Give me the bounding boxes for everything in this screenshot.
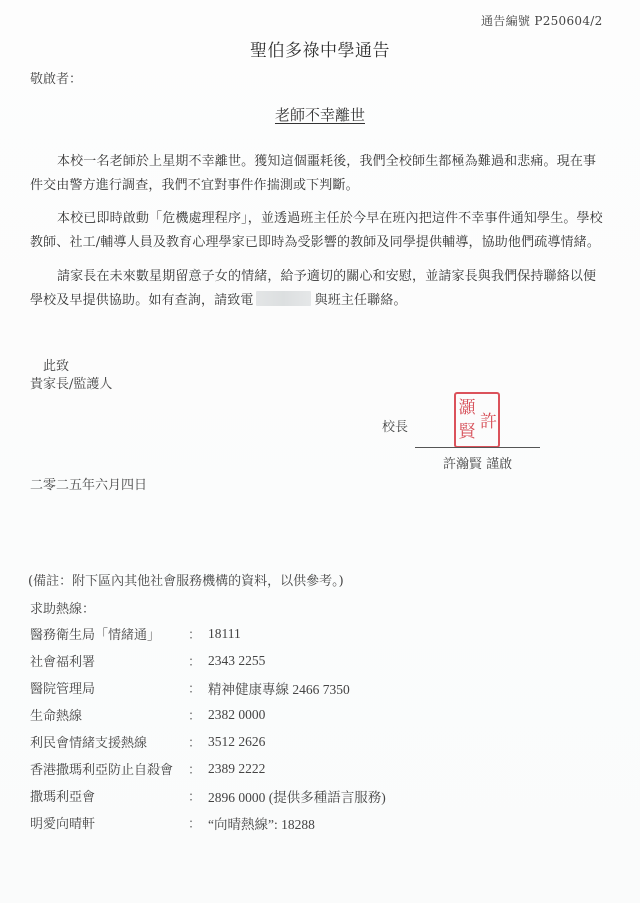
hotline-name: 醫務衛生局「情緒通」	[30, 624, 188, 643]
hotline-number: 2343 2255	[208, 653, 265, 669]
principal-seal-stamp: 灝 許 賢	[454, 392, 500, 448]
hotline-number: 2896 0000 (提供多種語言服務)	[208, 786, 386, 806]
hotline-name: 醫院管理局	[30, 678, 188, 697]
seal-char: 許	[476, 396, 496, 444]
paragraph-line: 件交由警方進行調查，我們不宜對事件作揣測或下判斷。	[30, 174, 610, 198]
hotline-row: 撒瑪利亞會 ： 2896 0000 (提供多種語言服務)	[30, 782, 590, 809]
signature-line	[415, 447, 540, 448]
hotline-colon: ：	[188, 705, 208, 724]
hotline-number: 2389 2222	[208, 761, 265, 777]
signer-name: 許瀚賢 謹啟	[443, 453, 512, 472]
hotline-number: “向晴熱線”: 18288	[208, 813, 315, 833]
hotline-name: 生命熱線	[30, 705, 188, 724]
notice-number: 通告編號 P250604/2	[481, 12, 603, 29]
hotline-colon: ：	[188, 759, 208, 778]
hotline-number: 18111	[208, 626, 241, 642]
paragraph-line: 請家長在未來數星期留意子女的情緒，給予適切的關心和安慰，並請家長與我們保持聯絡以…	[30, 265, 610, 289]
notice-date: 二零二五年六月四日	[30, 474, 147, 493]
hotline-colon: ：	[188, 651, 208, 670]
school-title: 聖伯多祿中學通告	[0, 36, 640, 61]
hotline-colon: ：	[188, 732, 208, 751]
seal-char: 賢	[458, 420, 476, 444]
notice-page: 通告編號 P250604/2 聖伯多祿中學通告 敬啟者： 老師不幸離世 本校一名…	[0, 0, 640, 903]
paragraph-1: 本校一名老師於上星期不幸離世。獲知這個噩耗後，我們全校師生都極為難過和悲痛。現在…	[30, 150, 610, 198]
notice-subject: 老師不幸離世	[0, 104, 640, 125]
salutation: 敬啟者：	[30, 68, 82, 87]
closing-line-1: 此致	[43, 355, 69, 374]
paragraph-line: 本校一名老師於上星期不幸離世。獲知這個噩耗後，我們全校師生都極為難過和悲痛。現在…	[30, 150, 610, 174]
hotline-row: 社會福利署 ： 2343 2255	[30, 647, 590, 674]
contact-text-before: 學校及早提供協助。如有查詢，請致電	[30, 293, 254, 308]
hotline-colon: ：	[188, 624, 208, 643]
remark-note: (備註：附下區內其他社會服務機構的資料，以供參考。)	[28, 570, 344, 589]
hotline-colon: ：	[188, 786, 208, 805]
hotline-name: 撒瑪利亞會	[30, 786, 188, 805]
paragraph-3: 請家長在未來數星期留意子女的情緒，給予適切的關心和安慰，並請家長與我們保持聯絡以…	[30, 265, 610, 313]
hotline-heading: 求助熱線：	[30, 598, 95, 617]
paragraph-line: 本校已即時啟動「危機處理程序」，並透過班主任於今早在班內把這件不幸事件通知學生。…	[30, 207, 610, 231]
principal-title: 校長	[382, 416, 408, 435]
hotline-number: 2382 0000	[208, 707, 265, 723]
hotline-number: 精神健康專線 2466 7350	[208, 678, 350, 698]
redacted-phone-number	[256, 291, 311, 306]
hotline-name: 利民會情緒支援熱線	[30, 732, 188, 751]
closing-line-2: 貴家長/監護人	[30, 373, 112, 392]
subject-text: 老師不幸離世	[275, 106, 365, 124]
hotline-row: 醫院管理局 ： 精神健康專線 2466 7350	[30, 674, 590, 701]
hotline-list: 醫務衛生局「情緒通」 ： 18111 社會福利署 ： 2343 2255 醫院管…	[30, 620, 590, 836]
seal-char: 灝	[458, 396, 476, 420]
hotline-name: 明愛向晴軒	[30, 813, 188, 832]
hotline-colon: ：	[188, 678, 208, 697]
hotline-row: 利民會情緒支援熱線 ： 3512 2626	[30, 728, 590, 755]
hotline-row: 明愛向晴軒 ： “向晴熱線”: 18288	[30, 809, 590, 836]
contact-text-after: 與班主任聯絡。	[315, 293, 407, 308]
hotline-name: 香港撒瑪利亞防止自殺會	[30, 759, 188, 778]
hotline-colon: ：	[188, 813, 208, 832]
hotline-number: 3512 2626	[208, 734, 265, 750]
hotline-row: 香港撒瑪利亞防止自殺會 ： 2389 2222	[30, 755, 590, 782]
paragraph-line-with-redaction: 學校及早提供協助。如有查詢，請致電與班主任聯絡。	[30, 289, 610, 313]
paragraph-2: 本校已即時啟動「危機處理程序」，並透過班主任於今早在班內把這件不幸事件通知學生。…	[30, 207, 610, 255]
hotline-row: 醫務衛生局「情緒通」 ： 18111	[30, 620, 590, 647]
hotline-row: 生命熱線 ： 2382 0000	[30, 701, 590, 728]
hotline-name: 社會福利署	[30, 651, 188, 670]
paragraph-line: 教師、社工/輔導人員及教育心理學家已即時為受影響的教師及同學提供輔導，協助他們疏…	[30, 231, 610, 255]
